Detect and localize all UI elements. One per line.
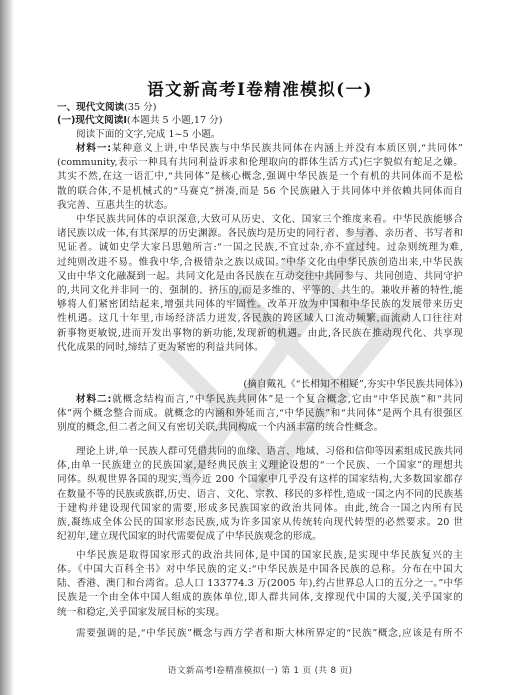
material-2-line: 理论上讲,单一民族人群可凭借共同的血缘、语言、地域、习俗和信仰等因素组成民族共同 [57,445,463,458]
material-2-line: 材料二:就概念结构而言,“中华民族共同体”是一个复合概念,它由“中华民族”和“共… [57,393,463,406]
instruction-text: 阅读下面的文字,完成 1~5 小题。 [76,128,221,141]
material-1-line: 代化成果的同时,缔结了更为紧密的利益共同体。 [57,341,463,354]
section-heading-score: (35 分) [124,102,156,113]
material-2-line: 同体。纵观世界各国的现实,当今近 200 个国家中几乎没有这样的国家结构,大多数… [57,473,463,486]
material-1-line: 见证者。诚如史学大家吕思勉所言:“一国之民族,不宜过杂,亦不宜过纯。过杂则统理为… [57,241,463,254]
material-2-label: 材料二: [76,394,111,405]
material-2-line: 于建构并建设现代国家的需要,形成多民族国家的政治共同体。由此,统合一国之内所有民 [57,502,463,515]
material-2-line: 体”两个概念整合而成。就概念的内涵和外延而言,“中华民族”和“共同体”是两个具有… [57,407,463,420]
material-1-line: 的,共同文化并非同一的、强制的、挤压的,而是多维的、平等的、共生的。兼收并蓄的特… [57,284,463,297]
material-2-line: 体,由单一民族建立的民族国家,是经典民族主义理论设想的“一个民族、一个国家”的理… [57,459,463,472]
material-1-line: 又由中华文化融凝到一起。共同文化是由各民族在互动交往中共同参与、共同创造、共同守… [57,270,463,283]
page-title: 语文新高考Ⅰ卷精准模拟(一) [0,76,520,100]
material-1-line: 中华民族共同体的卓识深意,大致可从历史、文化、国家三个维度来看。中华民族能够合 [57,213,463,226]
subsection-heading: (一)现代文阅读Ⅰ(本题共 5 小题,17 分) [57,114,222,127]
section-heading-label: 一、现代文阅读 [57,102,124,113]
material-2-line: 纪初年,建立现代国家的时代需要促成了中华民族观念的形成。 [57,530,463,543]
material-1-line: 材料一:某种意义上讲,中华民族与中华民族共同体在内涵上并没有本质区别,“共同体” [57,142,463,155]
subsection-heading-info: (本题共 5 小题,17 分) [127,115,223,126]
material-1-line: 诸民族以成一体,有其深厚的历史渊源。各民族均是历史的同行者、参与者、亲历者、书写… [57,227,463,240]
material-2-line: 统一和稳定,关乎国家发展目标的实现。 [57,606,463,619]
material-2-line: 族,凝练成全体公民的国家形态民族,成为许多国家从传统转向现代转型的必然要求。20… [57,516,463,529]
material-1-line: 过纯则改进不易。惟我中华,合极错杂之族以成国。”中华文化由中华民族创造出来,中华… [57,256,463,269]
material-2-line: 别度的概念,但二者之间又有密切关联,共同构成一个内涵丰富的统合性概念。 [57,421,463,434]
material-2-line: 陆、香港、澳门和台湾省。总人口 133774.3 万(2005 年),约占世界总… [57,577,463,590]
material-1-source: (摘自戴礼《“长相知不相疑”,夯实中华民族共同体》) [57,378,463,391]
material-1-line: 我完善、互惠共生的状态。 [57,199,463,212]
material-1-line: 性机遇。这几十年里,市场经济活力迸发,各民族的跨区域人口流动频繁,而流动人口往往… [57,312,463,325]
exam-page: 语文新高考Ⅰ卷精准模拟(一) 一、现代文阅读(35 分) (一)现代文阅读Ⅰ(本… [0,0,520,695]
material-1-line: (community,表示一种具有共同利益诉求和伦理取向的群体生活方式)仨字貌似… [57,156,463,169]
subsection-heading-label: (一)现代文阅读Ⅰ [57,115,127,126]
material-2-line: 在数量不等的民族或族群,历史、语言、文化、宗教、移民的多样性,造成一国之内不同的… [57,488,463,501]
material-1-line: 新事物更敏锐,进而开发出事物的新功能,发现新的机遇。由此,各民族在推动现代化、共… [57,327,463,340]
material-2-line: 民族是一个由全体中国人组成的族体单位,即人群共同体,支撑现代中国的大厦,关乎国家… [57,591,463,604]
material-2-line: 需要强调的是,“中华民族”概念与西方学者和斯大林所界定的“民族”概念,应该是有所… [57,627,463,640]
material-1-line: 散的联合体,不是机械式的“马赛克”拼凑,而是 56 个民族融入于共同体中并依赖共… [57,185,463,198]
section-heading: 一、现代文阅读(35 分) [57,101,157,114]
material-1-label: 材料一: [76,143,111,154]
material-1-line: 够将人们紧密团结起来,增强共同体的牢固性。改革开放为中国和中华民族的发展带来历史 [57,298,463,311]
page-footer: 语文新高考Ⅰ卷精准模拟(一) 第 1 页 (共 8 页) [0,663,520,676]
material-2-line: 中华民族是取得国家形式的政治共同体,是中国的国家民族,是实现中华民族复兴的主 [57,549,463,562]
material-1-line: 其实不然,在这一语汇中,“共同体”是核心概念,强调中华民族是一个有机的共同体而不… [57,170,463,183]
material-2-line: 体。《中国大百科全书》对中华民族的定义:“中华民族是中国各民族的总称。分布在中国… [57,563,463,576]
